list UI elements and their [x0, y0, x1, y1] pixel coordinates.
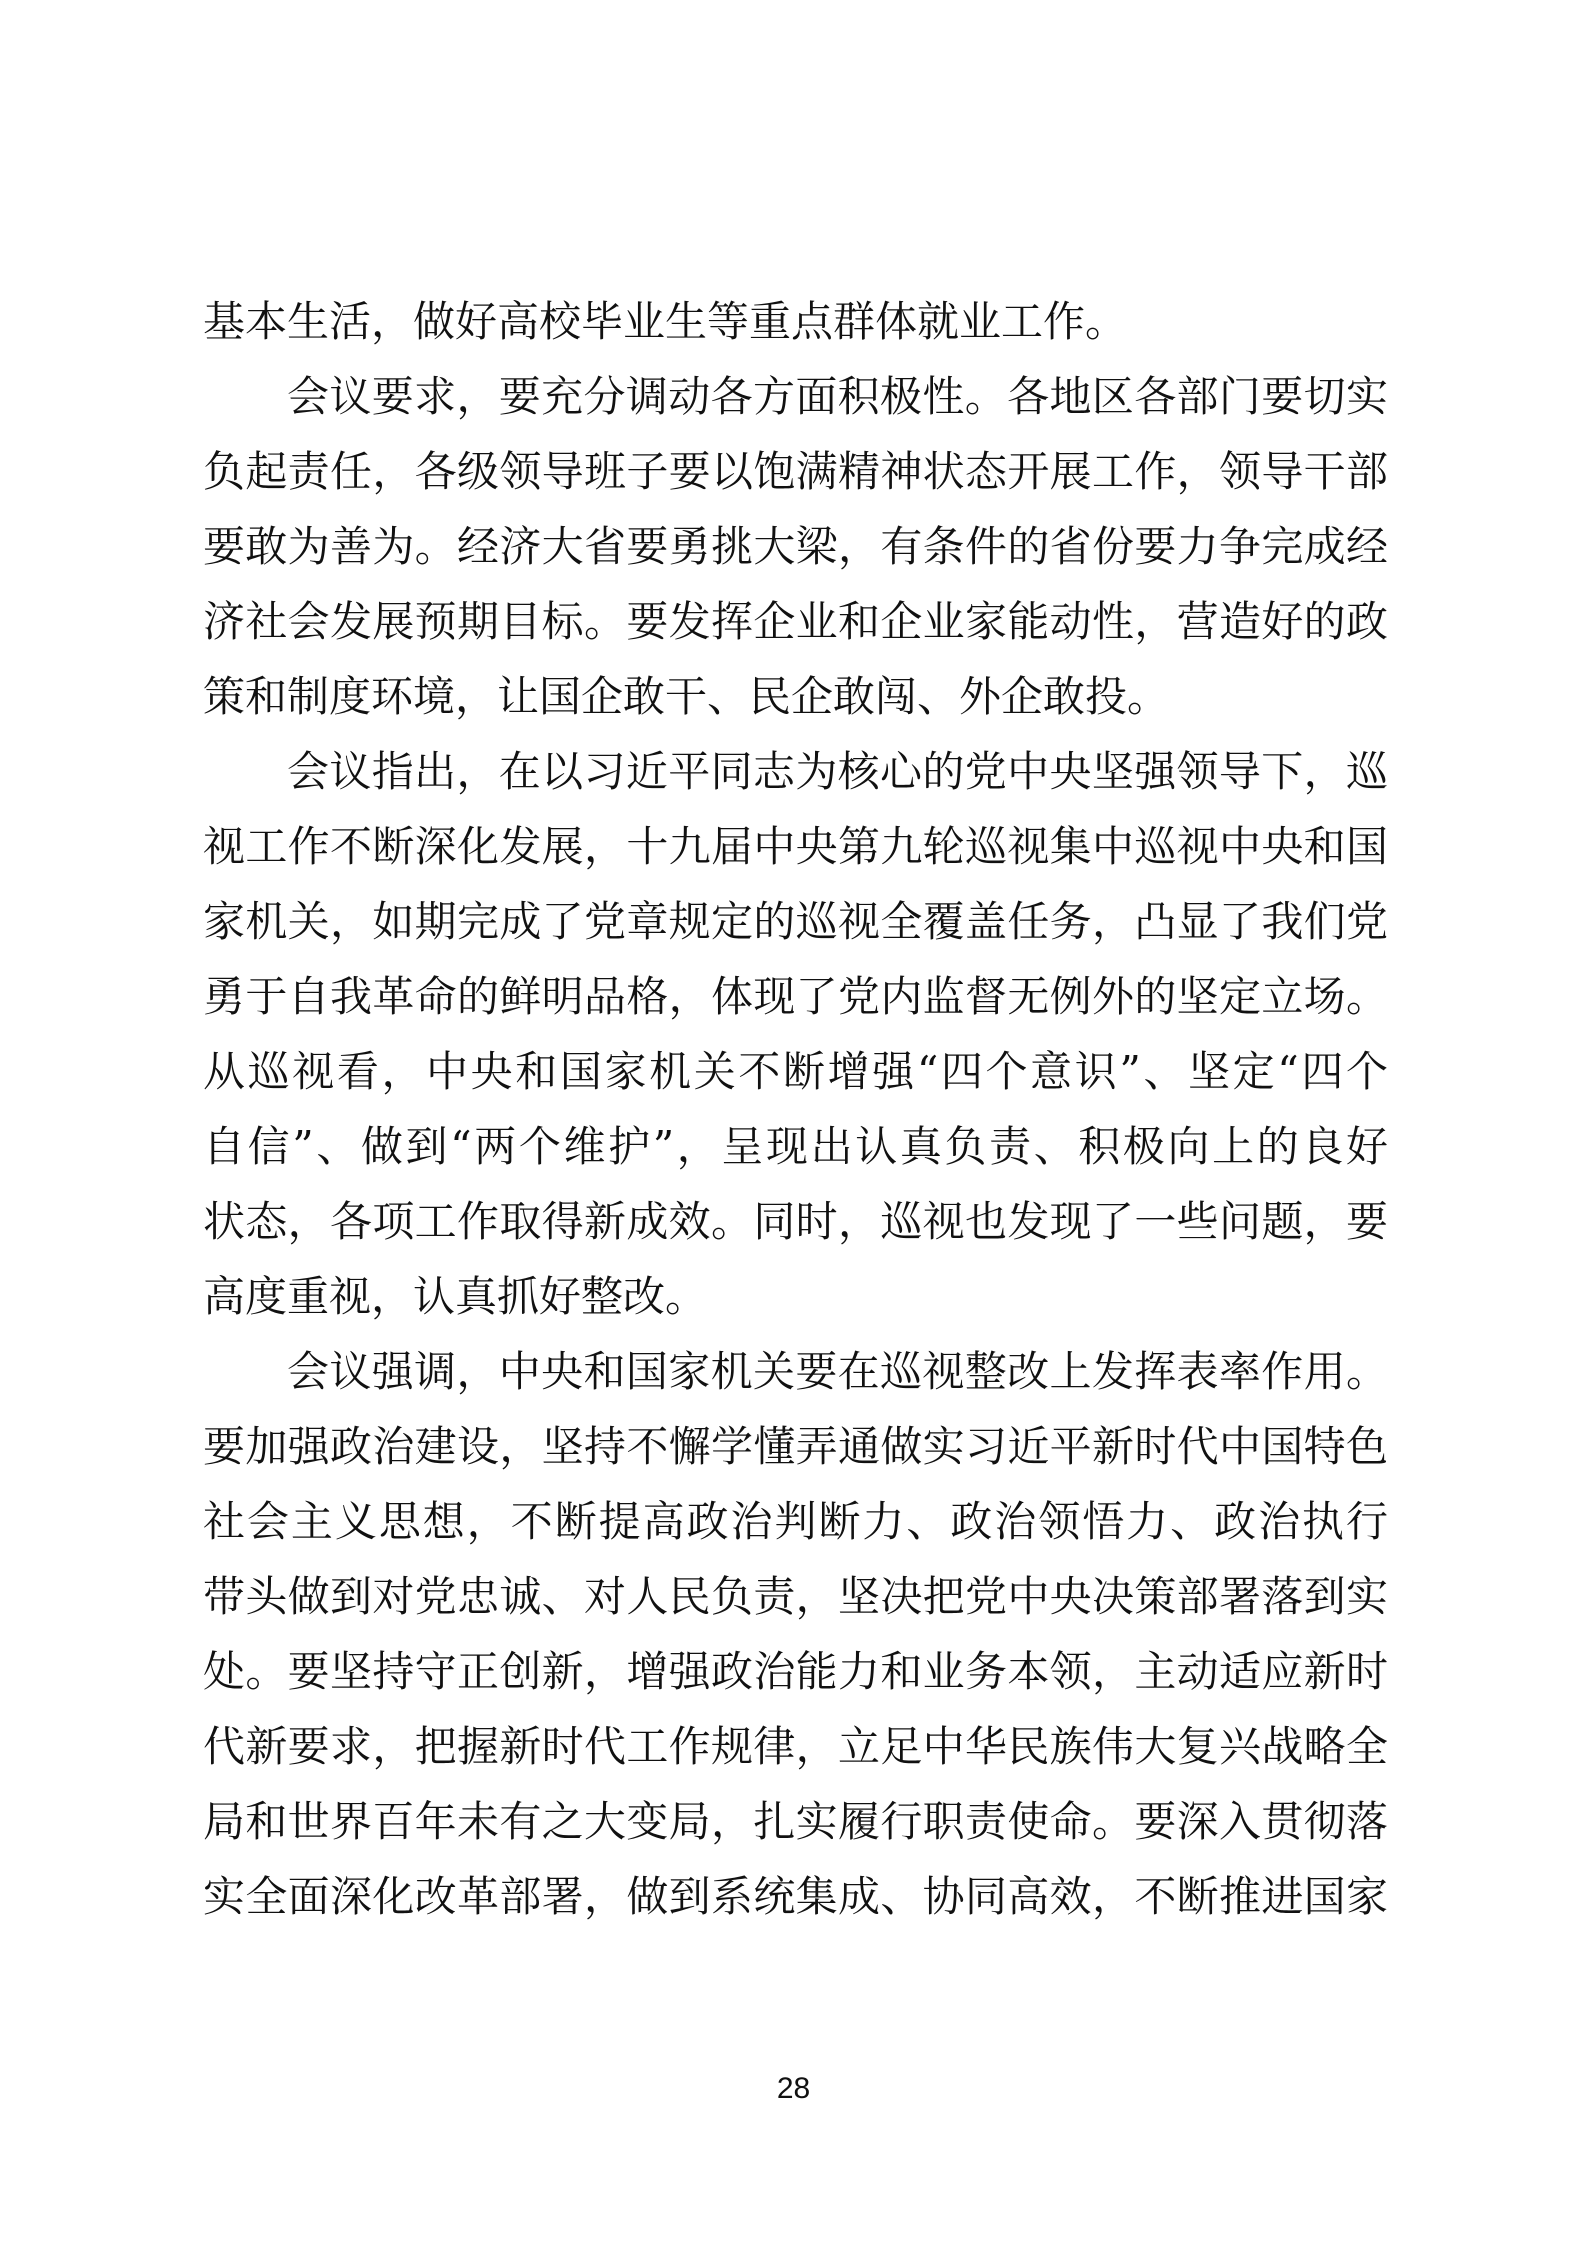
body-line: 实全面深化改革部署，做到系统集成、协同高效，不断推进国家: [203, 1859, 1388, 1934]
body-line: 会议指出，在以习近平同志为核心的党中央坚强领导下，巡: [203, 734, 1388, 809]
body-line: 局和世界百年未有之大变局，扎实履行职责使命。要深入贯彻落: [203, 1784, 1388, 1859]
body-line: 基本生活，做好高校毕业生等重点群体就业工作。: [203, 284, 1388, 359]
body-line: 带头做到对党忠诚、对人民负责，坚决把党中央决策部署落到实: [203, 1559, 1388, 1634]
body-line: 处。要坚持守正创新，增强政治能力和业务本领，主动适应新时: [203, 1634, 1388, 1709]
body-line: 策和制度环境，让国企敢干、民企敢闯、外企敢投。: [203, 659, 1388, 734]
body-line: 从巡视看，中央和国家机关不断增强“四个意识”、坚定“四个: [203, 1034, 1388, 1109]
body-text-block: 基本生活，做好高校毕业生等重点群体就业工作。 会议要求，要充分调动各方面积极性。…: [203, 284, 1388, 1934]
body-line: 会议要求，要充分调动各方面积极性。各地区各部门要切实: [203, 359, 1388, 434]
body-line: 高度重视，认真抓好整改。: [203, 1259, 1388, 1334]
body-line: 要加强政治建设，坚持不懈学懂弄通做实习近平新时代中国特色: [203, 1409, 1388, 1484]
body-line: 视工作不断深化发展，十九届中央第九轮巡视集中巡视中央和国: [203, 809, 1388, 884]
body-line: 会议强调，中央和国家机关要在巡视整改上发挥表率作用。: [203, 1334, 1388, 1409]
page-number: 28: [0, 2072, 1587, 2106]
body-line: 社会主义思想，不断提高政治判断力、政治领悟力、政治执行力，: [203, 1484, 1388, 1559]
body-line: 家机关，如期完成了党章规定的巡视全覆盖任务，凸显了我们党: [203, 884, 1388, 959]
document-page: 基本生活，做好高校毕业生等重点群体就业工作。 会议要求，要充分调动各方面积极性。…: [0, 0, 1587, 2245]
body-line: 状态，各项工作取得新成效。同时，巡视也发现了一些问题，要: [203, 1184, 1388, 1259]
body-line: 自信”、做到“两个维护”，呈现出认真负责、积极向上的良好: [203, 1109, 1388, 1184]
body-line: 负起责任，各级领导班子要以饱满精神状态开展工作，领导干部: [203, 434, 1388, 509]
body-line: 代新要求，把握新时代工作规律，立足中华民族伟大复兴战略全: [203, 1709, 1388, 1784]
body-line: 要敢为善为。经济大省要勇挑大梁，有条件的省份要力争完成经: [203, 509, 1388, 584]
body-line: 济社会发展预期目标。要发挥企业和企业家能动性，营造好的政: [203, 584, 1388, 659]
body-line: 勇于自我革命的鲜明品格，体现了党内监督无例外的坚定立场。: [203, 959, 1388, 1034]
